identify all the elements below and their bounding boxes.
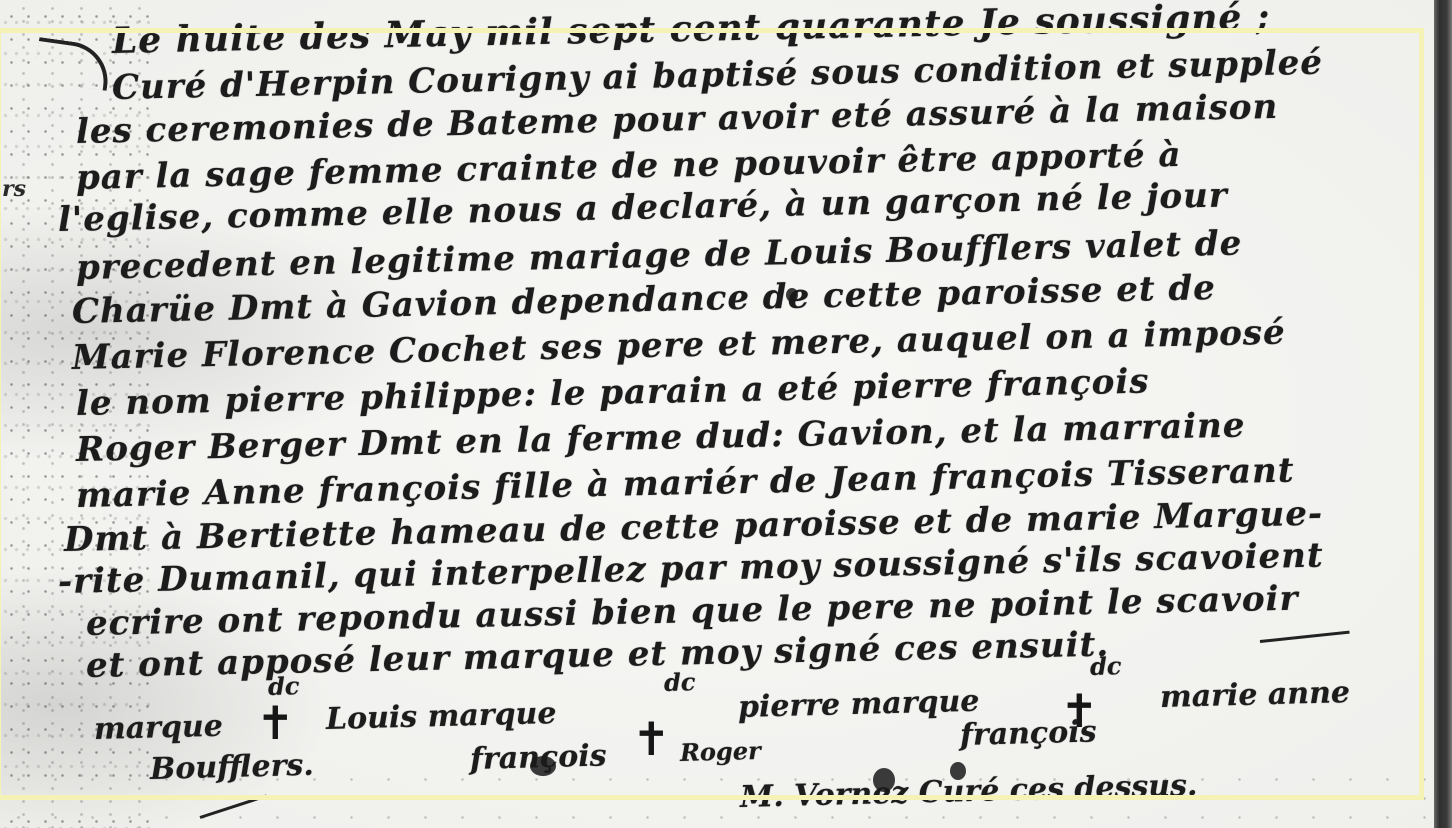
godfather-signature-name: pierre marque (738, 684, 980, 725)
godfather-cross-mark: ✝ (632, 716, 671, 762)
ink-blot (950, 762, 966, 780)
margin-mark: rs (2, 176, 26, 202)
godmother-surname: françois (960, 714, 1097, 753)
godmother-dc-label: dc (1090, 651, 1122, 681)
closing-dash (1260, 631, 1350, 643)
father-cross-mark: ✝ (256, 700, 295, 746)
ink-blot (530, 756, 556, 776)
ink-blot (873, 768, 895, 792)
page-binding-edge (1434, 0, 1452, 828)
father-marque-prefix: marque (94, 709, 224, 747)
father-signature-name: Louis marque (326, 696, 557, 737)
godmother-signature-name: marie anne (1160, 675, 1351, 715)
godfather-surname: Roger (680, 736, 761, 767)
document-page: rs Le huite des May mil sept cent quaran… (0, 0, 1452, 828)
ink-blot (786, 288, 798, 302)
godfather-dc-label: dc (664, 667, 696, 697)
father-surname: Boufflers. (150, 748, 315, 787)
